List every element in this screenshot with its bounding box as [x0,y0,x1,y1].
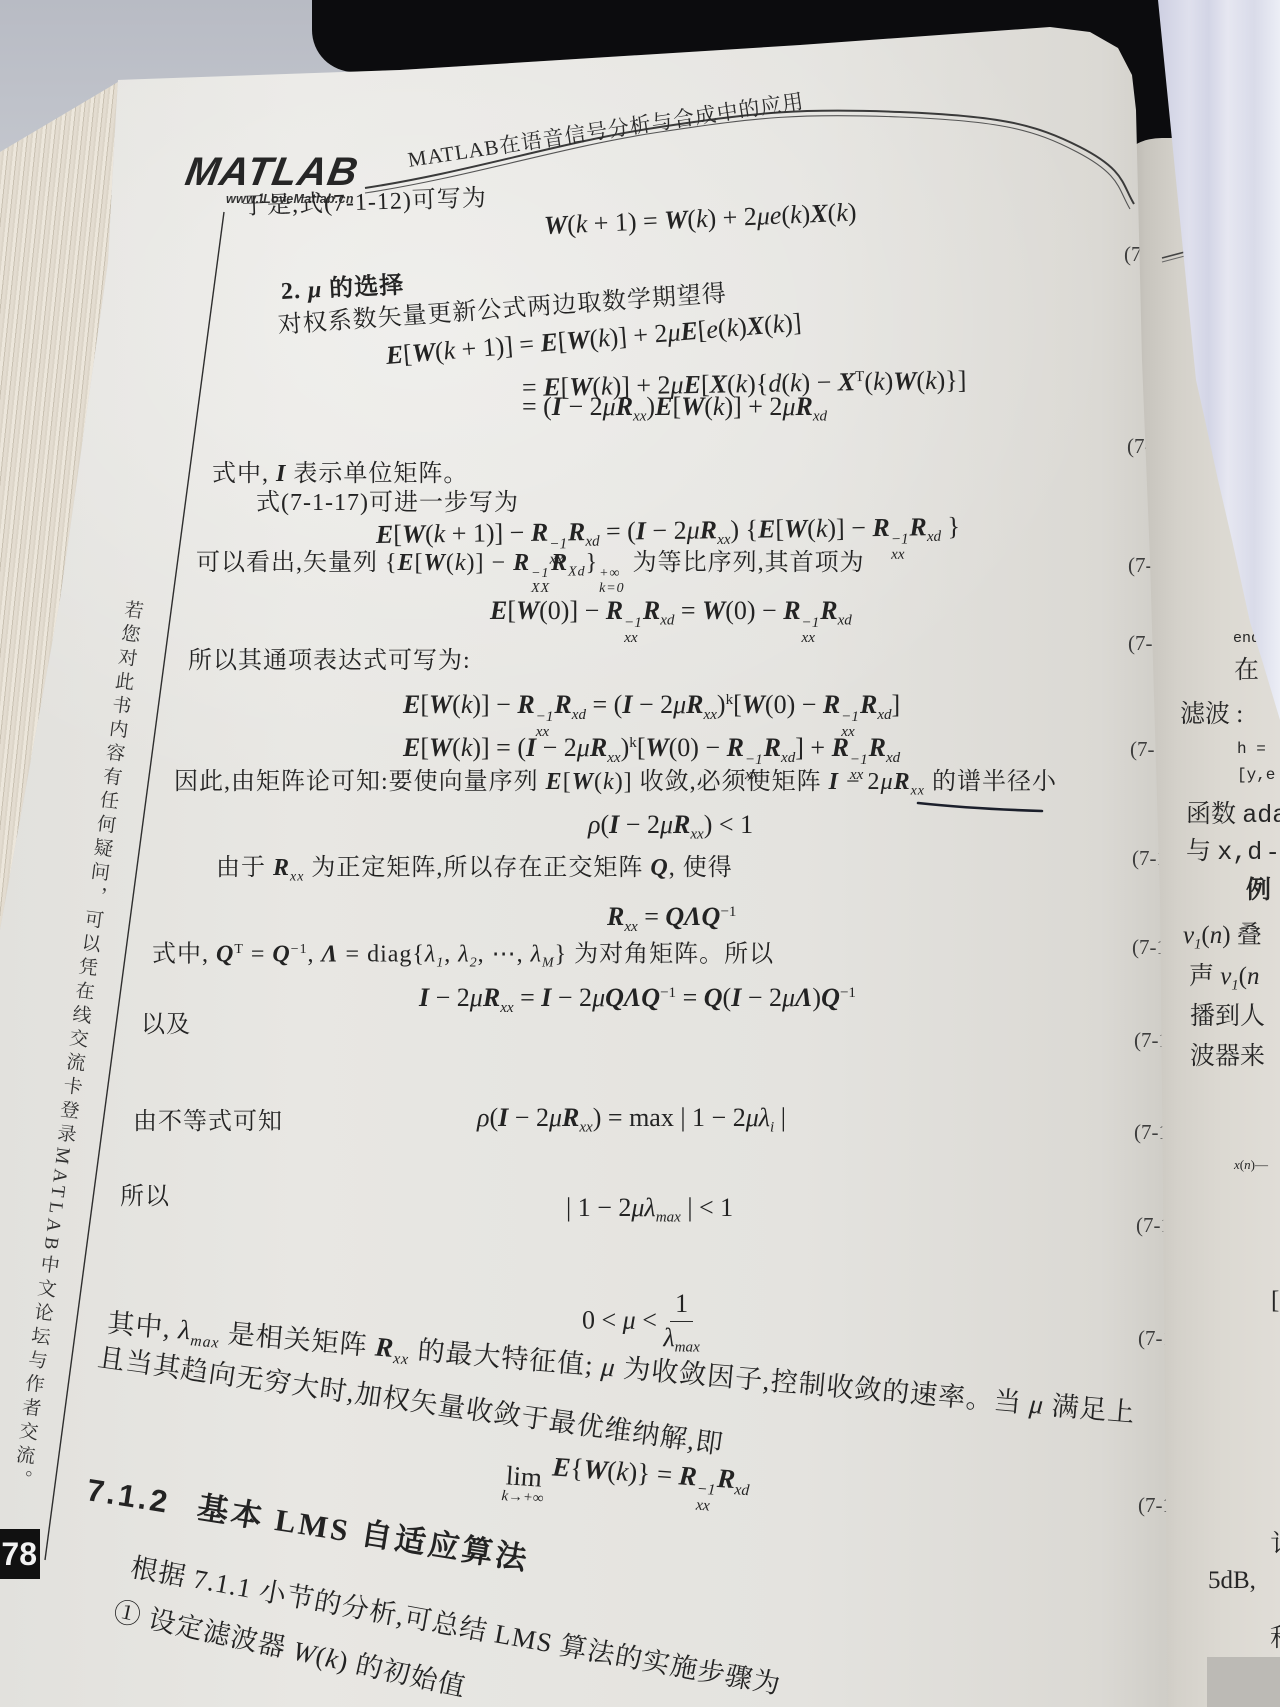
adjacent-page-example-label: 例 [1246,876,1271,906]
equation: ρ(I − 2μRxx) < 1 [588,809,753,851]
math-i: μ [782,983,795,1012]
text-line: 由于 Rxx 为正定矩阵,所以存在正交矩阵 Q, 使得 [216,852,733,893]
math-sub: xd [734,1481,750,1499]
text-line: 式中, I 表示单位矩阵。 [212,458,468,490]
math-i: μ [549,1103,562,1132]
math-sub: xx [579,1120,592,1136]
math-sup: k [726,692,734,708]
adjacent-page-fragment: v1(n) 叠 [1183,921,1262,960]
math-i: k [455,550,467,576]
math-b: I [829,769,839,795]
math-sub: xx [717,532,731,548]
text-line: 所以 [120,1181,170,1213]
math-i: ρ [588,810,600,839]
math-sup: k [629,735,637,751]
math-b: R [764,733,781,762]
math-ss: −1XX [531,567,550,596]
math-b: E [376,520,394,549]
equation-number: (7- [1128,549,1153,581]
math-i: v [1183,922,1194,949]
math-i: k [603,769,615,795]
math-b: R [716,1463,736,1494]
math-m: ada [1242,801,1280,830]
math-b: R [273,855,290,881]
math-b: I [552,392,562,421]
math-b: W [681,392,704,421]
math-b: E [403,733,420,762]
math-i: x [1234,1157,1240,1172]
math-b: W [742,690,765,719]
math-b: QΛQ [665,902,720,931]
math-i: μ [660,810,673,839]
math-i: μ [470,983,483,1012]
math-b: W [702,596,725,625]
math-i: μ [673,690,686,719]
math-b: X [746,311,766,341]
math-sup: −1 [291,942,308,957]
equation: 0 < μ < 1λmax [582,1288,700,1357]
math-i: μe [756,201,782,231]
math-i: e [705,314,719,344]
equation: = (I − 2μRxx)E[W(k)] + 2μRxd [522,391,827,433]
math-b: Q [272,941,290,967]
math-sup: −1 [660,985,676,1001]
math-b: W [429,733,452,762]
math-i: k [461,690,473,719]
math-b: W [893,366,917,395]
math-b: W [582,1454,608,1486]
math-b: E [546,769,563,795]
math-sub: 1 [1194,937,1201,953]
math-i: k [615,1456,629,1487]
math-b: R [554,690,571,719]
math-b: R [894,769,911,795]
math-b: Q [704,983,723,1012]
math-i: λ [663,1323,674,1352]
math-i: k [816,514,828,543]
math-b: R [590,733,607,762]
math-ss: −1xx [624,616,642,648]
math-i: μλ [631,1193,655,1222]
math-b: R [796,392,813,421]
math-b: E [679,316,699,346]
math-b: R [909,512,927,541]
math-i: k [442,335,456,365]
math-lim: limk→+∞ [501,1462,546,1507]
math-sub: xd [877,707,891,723]
math-i: μ [1028,1389,1045,1420]
math-sub: xx [704,707,717,723]
text-line: 式中, QT = Q−1, Λ = diag{λ1, λ2, ⋯, λM} 为对… [152,934,774,980]
math-i: k [925,366,937,395]
math-i: μ [592,983,605,1012]
math-i: μλ [746,1103,770,1132]
math-sub: xd [886,750,900,766]
math-b: R [616,392,633,421]
math-sup: −1 [840,985,856,1001]
math-sub: xx [290,869,304,884]
math-b: QΛQ [605,983,660,1012]
math-b: Q [821,983,840,1012]
math-i: n [1210,922,1223,949]
math-b: R [869,733,886,762]
math-b: W [565,325,590,356]
math-b: R [513,550,530,576]
math-i: μ [881,769,894,795]
math-ss: +∞k=0 [599,567,625,596]
math-b: Q [216,941,234,967]
math-sub: xx [633,409,646,425]
text-line: 以及 [141,1009,191,1041]
math-i: k [771,309,785,339]
math-i: μ [686,515,699,544]
math-i: μ [623,1306,636,1335]
math-b: W [424,550,446,576]
math-ss: −1xx [695,1481,716,1515]
math-b: W [784,514,808,543]
adjacent-page-fragment: 在 [1234,656,1259,686]
math-b: R [607,902,624,931]
adjacent-page-fragment: 播到人 [1190,1002,1265,1032]
math-sub: xd [781,750,795,766]
adjacent-page-fragment: 声 v1(n [1189,962,1259,1001]
math-i: λ [458,941,469,967]
math-b: R [727,733,744,762]
math-b: I [609,810,619,839]
math-b: E [758,514,776,543]
math-b: E [490,596,507,625]
math-sup: −1 [720,904,736,920]
math-sup: T [855,369,864,385]
adjacent-page-fragment: 波器来 [1190,1042,1265,1072]
math-i: n [1244,1157,1251,1172]
math-b: R [783,596,800,625]
math-sub: 1 [1231,978,1238,994]
equation: | 1 − 2μλmax | < 1 [566,1192,733,1234]
math-b: Λ [795,983,812,1012]
math-i: μ [600,1351,617,1382]
math-b: E [551,1451,571,1482]
math-sup: T [234,942,244,957]
math-sub: xx [607,750,620,766]
math-i: n [1247,963,1260,990]
math-i: k [433,519,445,548]
math-i: k [789,200,802,229]
math-i: W [290,1635,319,1669]
math-frac: 1λmax [663,1288,699,1357]
math-b: R [568,517,586,546]
math-i: k [725,313,739,343]
equation-number: (7- [1128,627,1153,659]
math-b: E [385,340,405,370]
math-sub: i [770,1120,774,1136]
math-i: k [695,204,708,233]
math-sub: xd [813,409,827,425]
math-i: k [461,733,473,762]
adjacent-page-fragment: 滤波 : [1180,700,1243,730]
math-sub: max [190,1332,220,1351]
math-sub: Xd [568,564,585,579]
math-i: λ [531,941,542,967]
math-i: k [323,1643,342,1675]
math-ss: −1xx [802,616,820,648]
page-number-tab: 78 [0,1529,40,1579]
math-b: W [543,210,567,240]
adjacent-page-fragment: 5dB, [1208,1566,1256,1596]
math-i: μ [782,392,795,421]
logo-wordmark: MATLAB [182,152,361,192]
math-b: R [678,1460,698,1491]
math-b: W [411,337,436,368]
math-sub: 2 [470,956,478,971]
math-sub: M [542,956,555,971]
math-b: W [429,690,452,719]
math-i: μ [307,277,323,304]
adjacent-page-figure-box [1207,1657,1280,1707]
adjacent-page-fragment: 和 [1270,1624,1280,1654]
math-sub: xx [393,1350,410,1368]
equation: ρ(I − 2μRxx) = max | 1 − 2μλi | [477,1102,786,1144]
math-m: x,d [1217,838,1262,867]
text-line: 可以看出,矢量列 {E[W(k)] − R−1XXRXd}+∞k=0 为等比序列… [196,547,865,596]
math-sub: max [675,1339,700,1355]
math-i: μ [577,733,590,762]
math-b: R [673,810,690,839]
math-b: I [276,461,286,487]
math-b: I [498,1103,508,1132]
math-i: k [575,209,588,238]
math-b: R [551,550,568,576]
adjacent-page-fragment: 讠 [1270,1530,1280,1560]
math-b: I [622,690,632,719]
math-i: ρ [477,1103,489,1132]
math-i: k [597,323,611,353]
adjacent-page-fragment: [ [1271,1286,1279,1316]
math-i: v [1220,963,1231,990]
math-b: I [636,516,647,545]
math-sub: xd [838,613,852,629]
math-b: I [526,733,536,762]
text-line: 式(7-1-17)可进一步写为 [256,487,519,519]
math-b: R [483,983,500,1012]
text-line: 由不等式可知 [133,1106,283,1138]
math-i: k [836,198,849,227]
math-sub: xx [500,1000,513,1016]
math-b: R [860,690,877,719]
math-b: W [572,769,594,795]
equation: E[W(0)] − R−1xxRxd = W(0) − R−1xxRxd [490,595,852,647]
math-b: Q [650,855,668,881]
math-sub: 1 [436,956,444,971]
math-b: R [517,690,534,719]
math-sub: xx [690,827,703,843]
math-sub: xd [660,613,674,629]
math-b: R [832,733,849,762]
adjacent-page-fragment: 函数 ada [1186,800,1280,831]
math-i: k [873,367,885,396]
math-sub: xx [624,919,637,935]
text-line: 因此,由矩阵论可知:要使向量序列 E[W(k)] 收敛,必须使矩阵 I − 2μ… [174,766,1057,807]
math-b: W [645,733,668,762]
math-i: k [713,392,725,421]
math-sub: max [656,1210,681,1226]
book-page: MATLAB www.iLoveMatlab.cn MATLAB在语音信号分析与… [0,0,1280,1707]
math-b: W [402,519,426,548]
math-b: E [398,550,415,576]
page-number: 78 [1,1536,37,1573]
math-b: R [562,1103,579,1132]
adjacent-page-diagram-label: x(n)— [1234,1150,1268,1180]
math-sub: xx [911,783,925,798]
adjacent-page-code: [y,e [1237,760,1275,790]
math-b: E [403,690,420,719]
math-sub: xd [927,529,941,545]
math-b: R [531,518,549,547]
math-b: R [686,690,703,719]
math-b: R [820,596,837,625]
math-b: R [699,515,717,544]
math-b: R [823,690,840,719]
math-b: W [664,205,688,235]
math-b: Λ [322,941,339,967]
math-sub: xd [572,707,586,723]
math-b: E [655,392,672,421]
math-b: W [516,596,539,625]
math-b: E [539,327,559,357]
math-b: I [541,983,551,1012]
equation: I − 2μRxx = I − 2μQΛQ−1 = Q(I − 2μΛ)Q−1 [419,977,856,1024]
math-i: λ [425,941,436,967]
math-b: X [810,199,829,229]
adjacent-page-fragment: 与 x,d - [1186,837,1277,868]
math-b: I [731,983,741,1012]
text-line: 所以其通项表达式可写为: [188,645,471,677]
math-b: R [872,513,890,542]
math-b: X [838,367,856,396]
math-i: μ [603,392,616,421]
math-b: R [643,596,660,625]
math-ss: −1xx [891,532,909,564]
math-b: R [606,596,623,625]
math-b: I [419,983,429,1012]
